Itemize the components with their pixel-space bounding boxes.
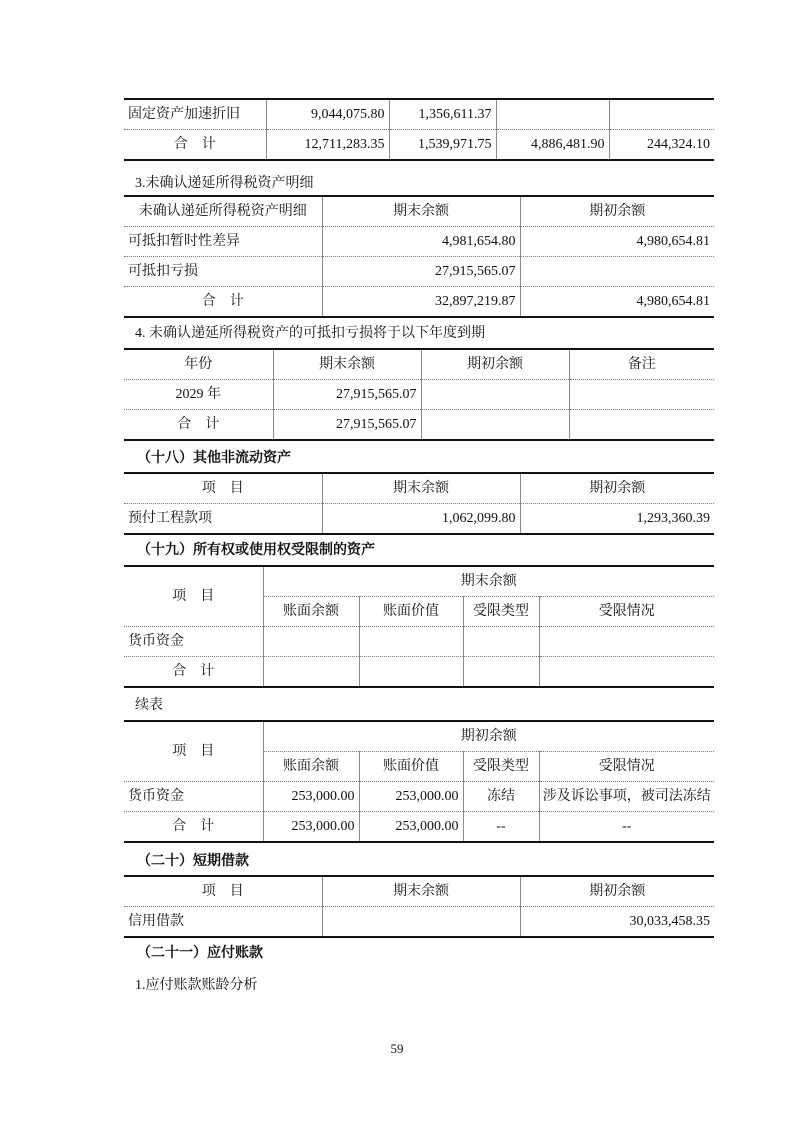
section-3-title: 3.未确认递延所得税资产明细 bbox=[135, 172, 314, 192]
column-header: 受限类型 bbox=[463, 752, 539, 782]
row-label: 信用借款 bbox=[124, 907, 322, 938]
cell-value bbox=[539, 657, 714, 688]
table-row-total: 合 计 32,897,219.87 4,980,654.81 bbox=[124, 287, 714, 318]
cell-value bbox=[520, 257, 714, 287]
cell-value: 32,897,219.87 bbox=[322, 287, 520, 318]
deductible-loss-expiry-table: 年份 期末余额 期初余额 备注 2029 年 27,915,565.07 合 计… bbox=[124, 348, 714, 441]
column-header: 账面余额 bbox=[263, 752, 359, 782]
table-row-total: 合 计 27,915,565.07 bbox=[124, 410, 714, 441]
cell-value: 27,915,565.07 bbox=[273, 410, 421, 441]
cell-value bbox=[322, 907, 520, 938]
cell-value: 12,711,283.35 bbox=[266, 130, 389, 161]
row-label: 合 计 bbox=[124, 812, 263, 843]
other-noncurrent-assets-table: 项 目 期末余额 期初余额 预付工程款项 1,062,099.80 1,293,… bbox=[124, 472, 714, 535]
cell-value: 涉及诉讼事项，被司法冻结 bbox=[539, 782, 714, 812]
section-21-heading: （二十一）应付账款 bbox=[137, 942, 263, 962]
cell-value bbox=[359, 657, 463, 688]
column-header: 受限情况 bbox=[539, 597, 714, 627]
table-row: 货币资金 bbox=[124, 627, 714, 657]
column-header: 受限情况 bbox=[539, 752, 714, 782]
group-header: 期初余额 bbox=[263, 721, 714, 752]
continued-label: 续表 bbox=[135, 694, 163, 714]
row-label: 合 计 bbox=[124, 657, 263, 688]
table-row: 可抵扣亏损 27,915,565.07 bbox=[124, 257, 714, 287]
cell-value: 30,033,458.35 bbox=[520, 907, 714, 938]
table-row-total: 合 计 12,711,283.35 1,539,971.75 4,886,481… bbox=[124, 130, 714, 161]
column-header: 期初余额 bbox=[520, 196, 714, 227]
cell-value: 244,324.10 bbox=[609, 130, 714, 161]
cell-value bbox=[263, 657, 359, 688]
section-4-title: 4. 未确认递延所得税资产的可抵扣亏损将于以下年度到期 bbox=[135, 322, 485, 342]
table-row: 货币资金 253,000.00 253,000.00 冻结 涉及诉讼事项，被司法… bbox=[124, 782, 714, 812]
column-header: 受限类型 bbox=[463, 597, 539, 627]
table-row: 固定资产加速折旧 9,044,075.80 1,356,611.37 bbox=[124, 99, 714, 130]
cell-value bbox=[463, 657, 539, 688]
cell-value bbox=[421, 410, 569, 441]
cell-value bbox=[569, 380, 714, 410]
row-label: 合 计 bbox=[124, 410, 273, 441]
cell-value: 27,915,565.07 bbox=[322, 257, 520, 287]
cell-value: 1,539,971.75 bbox=[389, 130, 496, 161]
column-header: 账面价值 bbox=[359, 752, 463, 782]
cell-value: 1,293,360.39 bbox=[520, 504, 714, 535]
table-header-row: 项 目 期末余额 期初余额 bbox=[124, 876, 714, 907]
row-label: 固定资产加速折旧 bbox=[124, 99, 266, 130]
table-header-row: 项 目 期末余额 bbox=[124, 566, 714, 597]
cell-value bbox=[496, 99, 609, 130]
table-row: 预付工程款项 1,062,099.80 1,293,360.39 bbox=[124, 504, 714, 535]
column-header: 期末余额 bbox=[273, 349, 421, 380]
cell-value: 4,980,654.81 bbox=[520, 287, 714, 318]
row-label: 2029 年 bbox=[124, 380, 273, 410]
table-header-row: 项 目 期初余额 bbox=[124, 721, 714, 752]
deferred-tax-continued-table: 固定资产加速折旧 9,044,075.80 1,356,611.37 合 计 1… bbox=[124, 98, 714, 161]
column-header: 项 目 bbox=[124, 876, 322, 907]
cell-value: 4,981,654.80 bbox=[322, 227, 520, 257]
group-header: 期末余额 bbox=[263, 566, 714, 597]
cell-value: -- bbox=[539, 812, 714, 843]
cell-value: 1,062,099.80 bbox=[322, 504, 520, 535]
cell-value: 253,000.00 bbox=[359, 812, 463, 843]
cell-value: 1,356,611.37 bbox=[389, 99, 496, 130]
column-header: 期末余额 bbox=[322, 473, 520, 504]
column-header: 账面余额 bbox=[263, 597, 359, 627]
column-header: 期初余额 bbox=[421, 349, 569, 380]
column-header: 账面价值 bbox=[359, 597, 463, 627]
row-label: 预付工程款项 bbox=[124, 504, 322, 535]
short-term-loans-table: 项 目 期末余额 期初余额 信用借款 30,033,458.35 bbox=[124, 875, 714, 938]
restricted-assets-end-table: 项 目 期末余额 账面余额 账面价值 受限类型 受限情况 货币资金 合 计 bbox=[124, 565, 714, 688]
cell-value: 253,000.00 bbox=[263, 812, 359, 843]
cell-value: 9,044,075.80 bbox=[266, 99, 389, 130]
column-header: 备注 bbox=[569, 349, 714, 380]
cell-value: 冻结 bbox=[463, 782, 539, 812]
cell-value bbox=[609, 99, 714, 130]
cell-value bbox=[539, 627, 714, 657]
row-label: 可抵扣亏损 bbox=[124, 257, 322, 287]
column-header: 项 目 bbox=[124, 473, 322, 504]
cell-value: 253,000.00 bbox=[359, 782, 463, 812]
cell-value: 253,000.00 bbox=[263, 782, 359, 812]
column-header: 项 目 bbox=[124, 566, 263, 627]
table-row-total: 合 计 bbox=[124, 657, 714, 688]
cell-value bbox=[421, 380, 569, 410]
section-21-subtitle: 1.应付账款账龄分析 bbox=[135, 974, 258, 994]
section-20-heading: （二十）短期借款 bbox=[137, 850, 249, 870]
cell-value bbox=[263, 627, 359, 657]
column-header: 年份 bbox=[124, 349, 273, 380]
cell-value: -- bbox=[463, 812, 539, 843]
cell-value bbox=[463, 627, 539, 657]
table-header-row: 年份 期末余额 期初余额 备注 bbox=[124, 349, 714, 380]
table-row: 可抵扣暂时性差异 4,981,654.80 4,980,654.81 bbox=[124, 227, 714, 257]
table-row-total: 合 计 253,000.00 253,000.00 -- -- bbox=[124, 812, 714, 843]
row-label: 合 计 bbox=[124, 130, 266, 161]
cell-value: 4,886,481.90 bbox=[496, 130, 609, 161]
column-header: 项 目 bbox=[124, 721, 263, 782]
row-label: 货币资金 bbox=[124, 627, 263, 657]
row-label: 可抵扣暂时性差异 bbox=[124, 227, 322, 257]
column-header: 期初余额 bbox=[520, 876, 714, 907]
column-header: 期初余额 bbox=[520, 473, 714, 504]
restricted-assets-begin-table: 项 目 期初余额 账面余额 账面价值 受限类型 受限情况 货币资金 253,00… bbox=[124, 720, 714, 843]
column-header: 期末余额 bbox=[322, 196, 520, 227]
cell-value bbox=[569, 410, 714, 441]
section-18-heading: （十八）其他非流动资产 bbox=[137, 447, 291, 467]
table-row: 信用借款 30,033,458.35 bbox=[124, 907, 714, 938]
table-header-row: 未确认递延所得税资产明细 期末余额 期初余额 bbox=[124, 196, 714, 227]
page-number: 59 bbox=[0, 1041, 794, 1057]
row-label: 合 计 bbox=[124, 287, 322, 318]
column-header: 未确认递延所得税资产明细 bbox=[124, 196, 322, 227]
unrecognized-deferred-tax-table: 未确认递延所得税资产明细 期末余额 期初余额 可抵扣暂时性差异 4,981,65… bbox=[124, 195, 714, 318]
section-19-heading: （十九）所有权或使用权受限制的资产 bbox=[137, 539, 375, 559]
row-label: 货币资金 bbox=[124, 782, 263, 812]
cell-value: 27,915,565.07 bbox=[273, 380, 421, 410]
cell-value bbox=[359, 627, 463, 657]
table-header-row: 项 目 期末余额 期初余额 bbox=[124, 473, 714, 504]
table-row: 2029 年 27,915,565.07 bbox=[124, 380, 714, 410]
cell-value: 4,980,654.81 bbox=[520, 227, 714, 257]
column-header: 期末余额 bbox=[322, 876, 520, 907]
